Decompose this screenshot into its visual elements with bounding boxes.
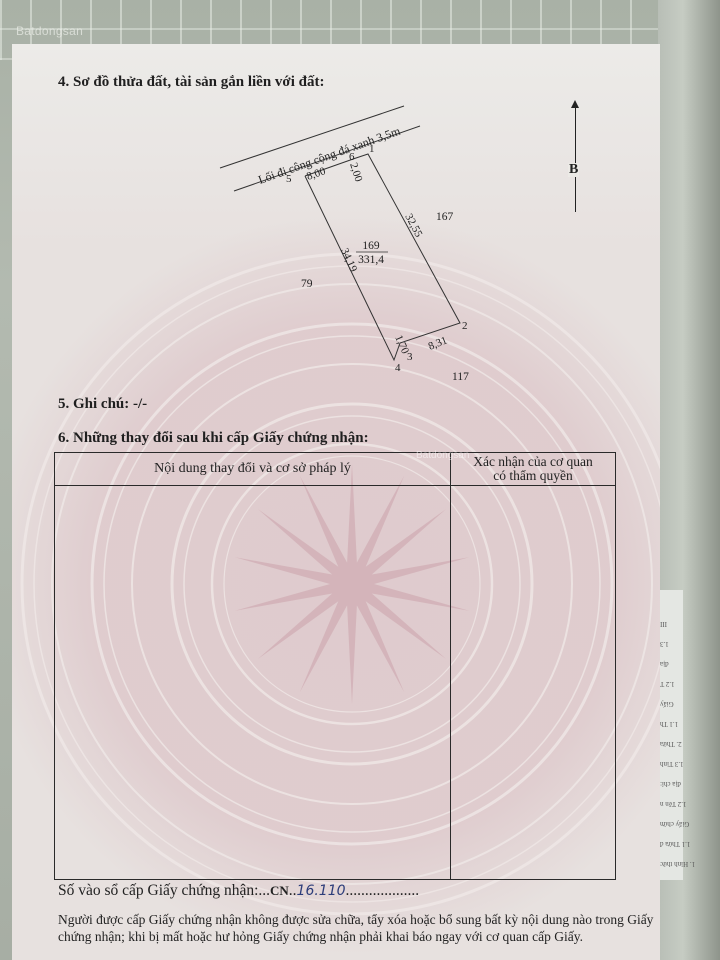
underlying-sheet-text: 1.1 Thửa đ <box>660 840 690 848</box>
confirmation-line-1: Xác nhận của cơ quan <box>473 454 593 469</box>
underlying-sheet-text: địa chỉ: <box>660 780 681 788</box>
underlying-sheet-text: 1. Hình thức <box>660 860 695 868</box>
registry-prefix: CN <box>270 883 289 898</box>
edge-1-2: 32,55 <box>402 212 424 240</box>
leader-dots: ... <box>258 882 270 899</box>
registry-number-line: Số vào sổ cấp Giấy chứng nhận:...CN..16.… <box>58 882 419 900</box>
neighbor-east: 167 <box>436 211 454 223</box>
vertex-4: 4 <box>395 362 401 374</box>
edge-2-3: 8,31 <box>427 334 449 352</box>
parcel-diagram: Lối đi công cộng đá xanh 3,5m 5 6 1 2 3 … <box>12 44 660 444</box>
vertex-5: 5 <box>286 173 292 185</box>
registry-number-handwritten: 16.110 <box>297 883 346 899</box>
column-divider <box>450 453 451 879</box>
edge-4-5: 34,19 <box>338 246 359 274</box>
underlying-sheet: 1. Hình thức1.1 Thửa đGiấy chứn1.2 Tên n… <box>656 590 683 880</box>
confirmation-line-2: có thẩm quyền <box>493 468 572 483</box>
leader-dots: .. <box>289 882 297 899</box>
column-header-confirmation: Xác nhận của cơ quan có thẩm quyền <box>451 453 615 485</box>
parcel-number: 169 <box>362 240 380 252</box>
vertex-2: 2 <box>462 320 468 332</box>
neighbor-west: 79 <box>301 278 313 290</box>
leader-dots: ................... <box>346 882 420 899</box>
underlying-sheet-text: 2. Thửa <box>660 740 682 748</box>
parcel-area: 331,4 <box>358 254 384 266</box>
underlying-sheet-text: III <box>660 620 667 628</box>
watermark: Batdongsan <box>16 24 83 38</box>
vertex-6: 6 <box>349 151 355 163</box>
underlying-sheet-text: 1.2 T <box>660 680 675 688</box>
registry-label: Số vào sổ cấp Giấy chứng nhận: <box>58 882 258 899</box>
underlying-sheet-text: 1.1 Th <box>660 720 678 728</box>
neighbor-south: 117 <box>452 371 469 383</box>
underlying-sheet-text: địa <box>660 660 669 668</box>
section-6-heading: 6. Những thay đổi sau khi cấp Giấy chứng… <box>58 430 369 447</box>
underlying-sheet-text: 1.3 <box>660 640 669 648</box>
edge-6-1: 2,00 <box>347 161 365 183</box>
column-header-confirmation-label: Xác nhận của cơ quan có thẩm quyền <box>473 455 593 483</box>
legal-notice: Người được cấp Giấy chứng nhận không đượ… <box>58 912 658 945</box>
column-header-changes-label: Nội dung thay đổi và cơ sở pháp lý <box>154 462 351 476</box>
underlying-sheet-text: 1.3 Tình <box>660 760 684 768</box>
column-header-changes: Nội dung thay đổi và cơ sở pháp lý <box>55 453 450 485</box>
vertex-1: 1 <box>369 143 375 155</box>
section-5-heading: 5. Ghi chú: -/- <box>58 396 147 413</box>
certificate-page: 4. Sơ đồ thửa đất, tài sản gắn liền với … <box>12 44 660 960</box>
changes-table: Nội dung thay đổi và cơ sở pháp lý Xác n… <box>54 452 616 880</box>
underlying-sheet-text: Giấy chứn <box>660 820 689 828</box>
underlying-sheet-text: Giấy <box>660 700 674 708</box>
underlying-sheet-text: 1.2 Tên n <box>660 800 687 808</box>
vertex-3: 3 <box>407 351 413 363</box>
watermark-table: Batdongsan <box>416 450 469 461</box>
